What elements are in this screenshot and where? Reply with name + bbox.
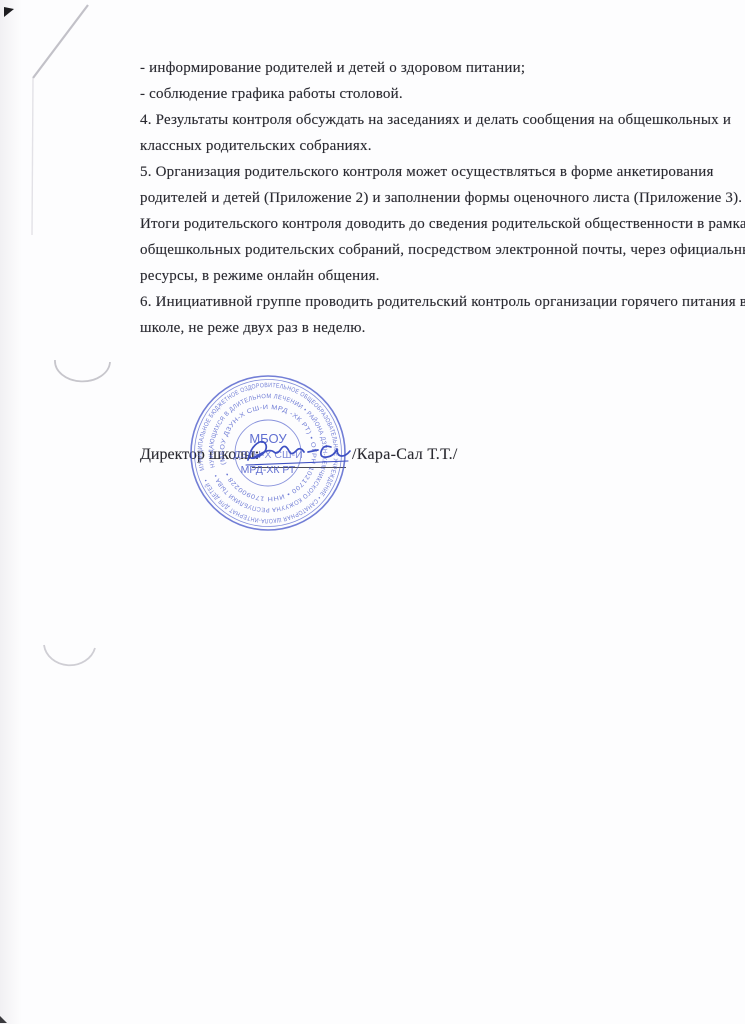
- corner-mark: [4, 7, 14, 17]
- text-line: классных родительских собраниях.: [140, 133, 715, 159]
- text-line: - соблюдение графика работы столовой.: [140, 81, 715, 107]
- corner-fold-line: [33, 5, 88, 78]
- text-line: родителей и детей (Приложение 2) и запол…: [140, 185, 715, 211]
- text-line: 5. Организация родительского контроля мо…: [140, 159, 715, 185]
- text-line: - информирование родителей и детей о здо…: [140, 55, 715, 81]
- hole-punch-shadow-bottom: [44, 645, 95, 665]
- handwritten-signature: [238, 430, 362, 476]
- text-line: ресурсы, в режиме онлайн общения.: [140, 263, 715, 289]
- document-text-block: - информирование родителей и детей о здо…: [140, 55, 715, 341]
- text-line: Итоги родительского контроля доводить до…: [140, 211, 715, 237]
- hole-punch-shadow-top: [55, 360, 110, 381]
- scanned-document-page: - информирование родителей и детей о здо…: [0, 0, 745, 1024]
- corner-fold-vertical-line: [32, 78, 33, 235]
- text-line: школе, не реже двух раз в неделю.: [140, 315, 715, 341]
- text-line: общешкольных родительских собраний, поср…: [140, 237, 715, 263]
- signature-stroke-sal: [321, 446, 350, 457]
- signature-stroke-tail: [246, 461, 348, 465]
- bottom-left-corner-mark: [0, 1016, 7, 1023]
- text-line: 6. Инициативной группе проводить родител…: [140, 289, 715, 315]
- signature-stroke-capital: [248, 442, 266, 460]
- text-line: 4. Результаты контроля обсуждать на засе…: [140, 107, 715, 133]
- director-name-label: /Кара-Сал Т.Т./: [352, 446, 458, 464]
- signature-stroke-dash: [308, 450, 318, 452]
